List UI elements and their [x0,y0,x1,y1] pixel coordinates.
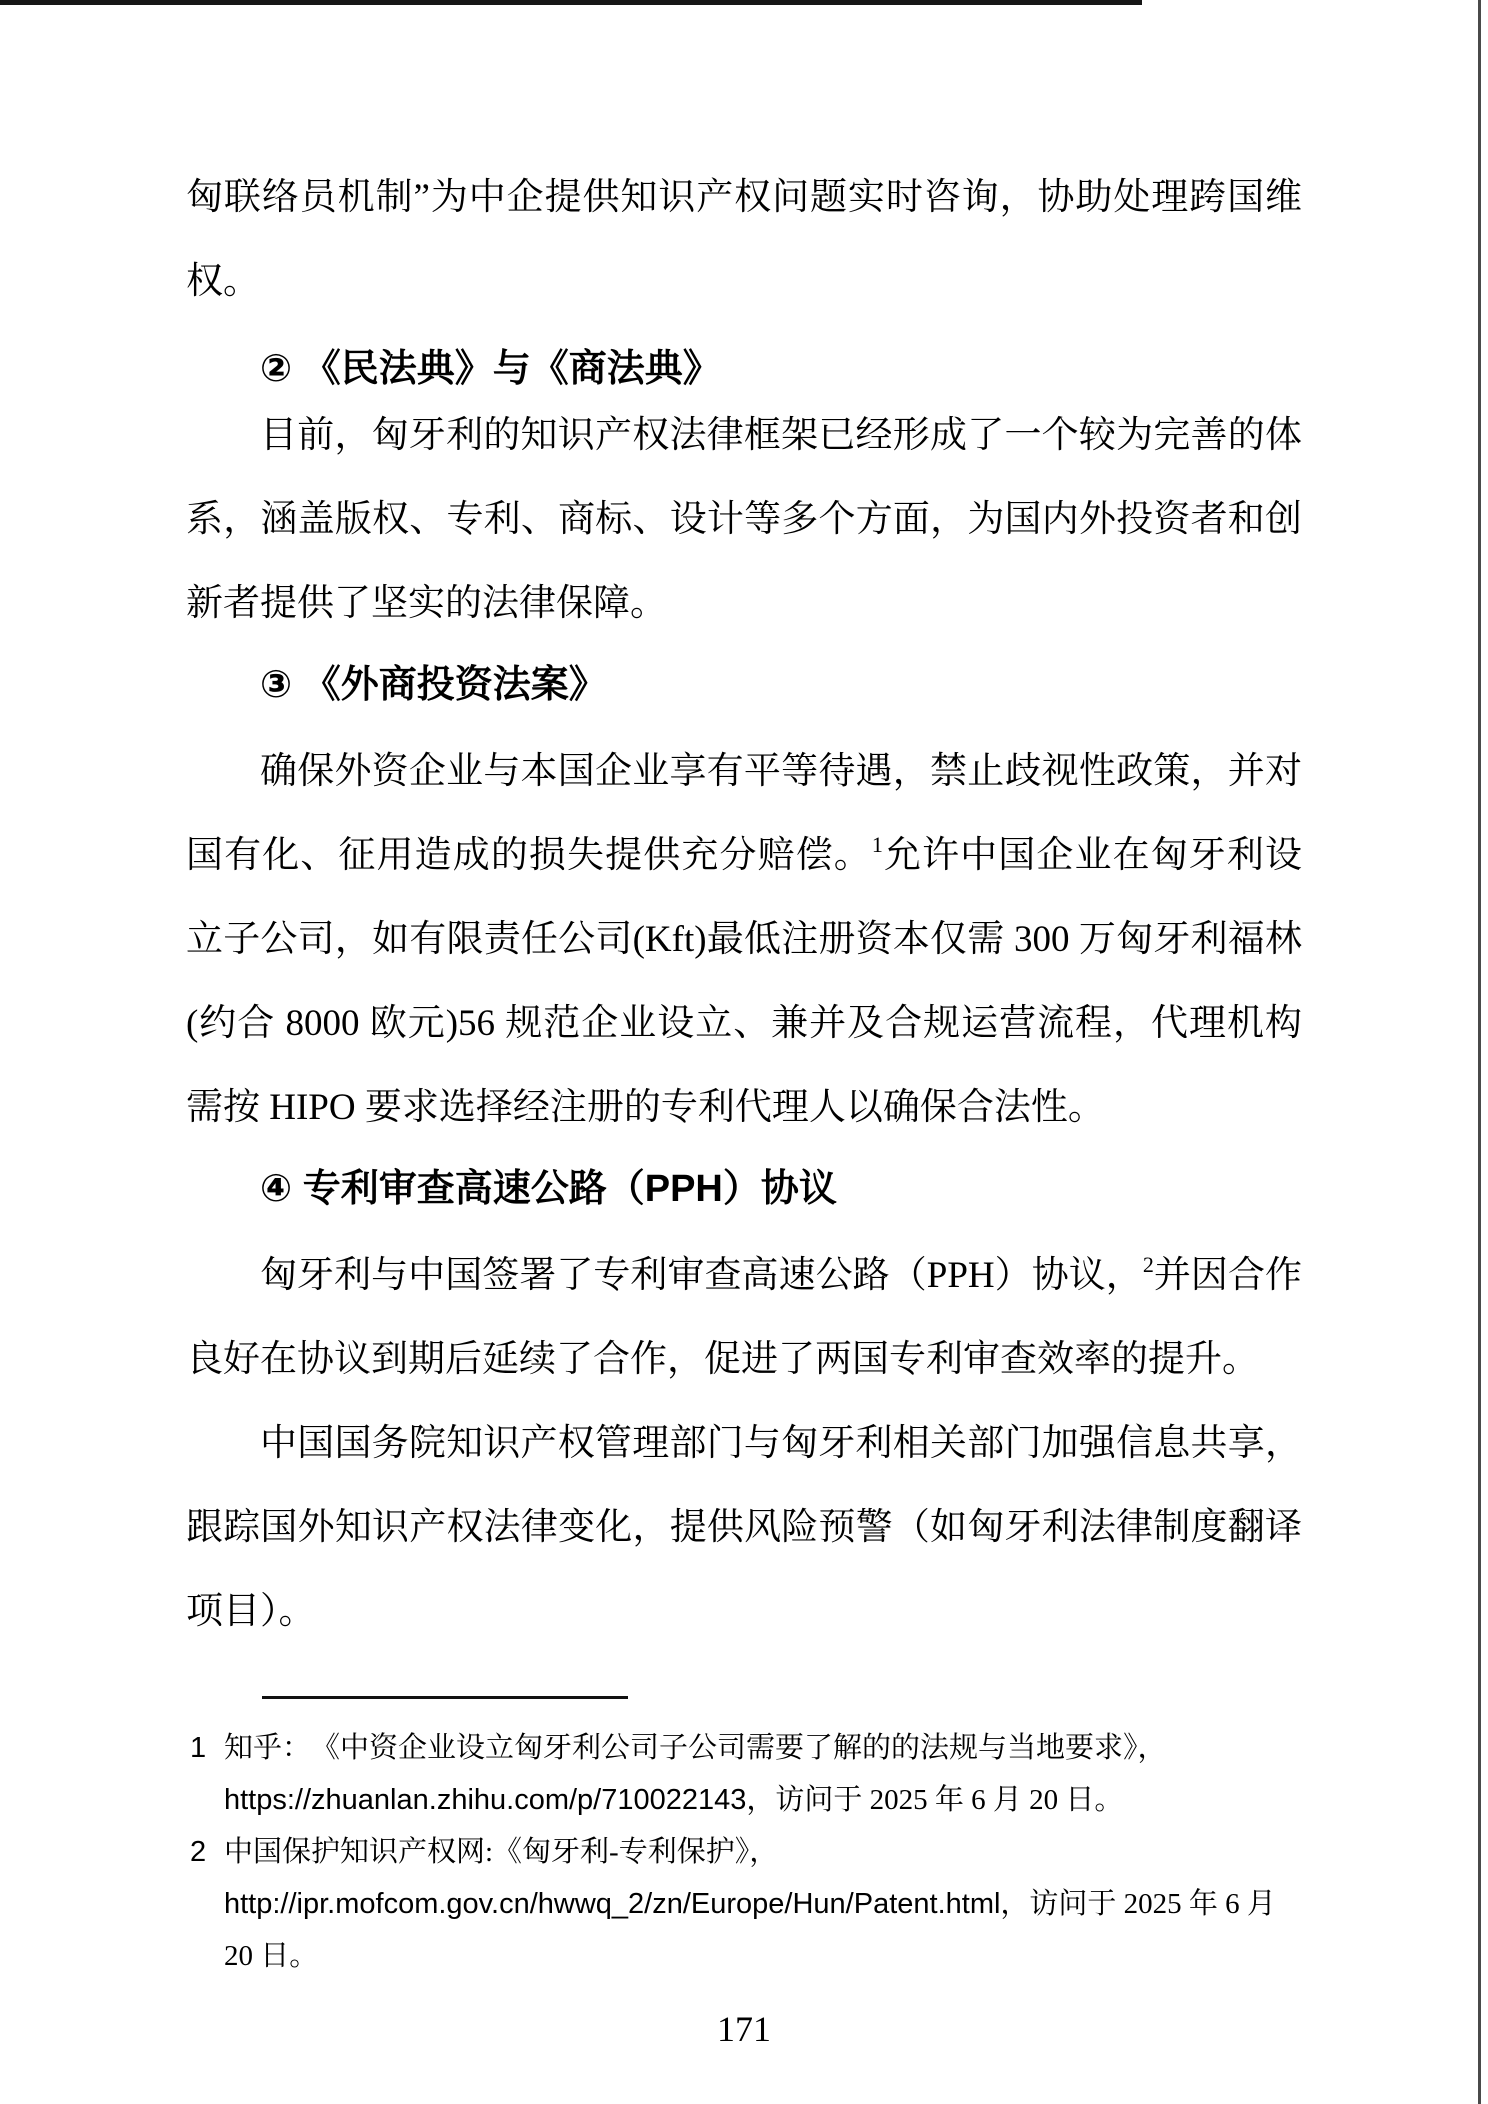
heading-foreign-investment-act: ③ 《外商投资法案》 [186,660,1302,710]
text-run: ，访问于 2025 年 6 月 20 日。 [746,1784,1123,1816]
page-content: 匈联络员机制”为中企提供知识产权问题实时咨询，协助处理跨国维权。 ② 《民法典》… [186,156,1302,1654]
document-page: 匈联络员机制”为中企提供知识产权问题实时咨询，协助处理跨国维权。 ② 《民法典》… [0,0,1488,2104]
scan-edge-right [1478,0,1481,2104]
footnote-text: 中国保护知识产权网:《匈牙利-专利保护》，http://ipr.mofcom.g… [224,1836,1276,1972]
paragraph-foreign-investment: 确保外资企业与本国企业享有平等待遇，禁止歧视性政策，并对国有化、征用造成的损失提… [186,730,1302,1150]
footnote-text: 知乎： 《中资企业设立匈牙利公司子公司需要了解的的法规与当地要求》，https:… [224,1732,1167,1816]
footnote-marker: 2 [190,1826,206,1878]
text-run: 知乎： 《中资企业设立匈牙利公司子公司需要了解的的法规与当地要求》， [224,1732,1167,1764]
text-run: 中国保护知识产权网:《匈牙利-专利保护》， [224,1836,778,1868]
footnote-url: https://zhuanlan.zhihu.com/p/710022143 [224,1784,746,1816]
footnote-url: http://ipr.mofcom.gov.cn/hwwq_2/zn/Europ… [224,1888,1000,1920]
footnote-1: 1知乎： 《中资企业设立匈牙利公司子公司需要了解的的法规与当地要求》，https… [190,1722,1310,1826]
page-number: 171 [0,2008,1488,2050]
paragraph-pph: 匈牙利与中国签署了专利审查高速公路（PPH）协议，2并因合作良好在协议到期后延续… [186,1234,1302,1402]
footnote-ref-1: 1 [872,832,883,857]
scan-edge-top [0,0,1142,5]
heading-civil-commercial-code: ② 《民法典》与《商法典》 [186,344,1302,394]
footnote-marker: 1 [190,1722,206,1774]
heading-pph-agreement: ④ 专利审查高速公路（PPH）协议 [186,1164,1302,1214]
paragraph-continuation: 匈联络员机制”为中企提供知识产权问题实时咨询，协助处理跨国维权。 [186,156,1302,324]
text-run: 允许中国企业在匈牙利设立子公司，如有限责任公司(Kft)最低注册资本仅需 300… [186,835,1302,1128]
footnote-separator [262,1696,628,1699]
footnotes-section: 1知乎： 《中资企业设立匈牙利公司子公司需要了解的的法规与当地要求》，https… [190,1722,1310,1982]
paragraph-legal-framework: 目前，匈牙利的知识产权法律框架已经形成了一个较为完善的体系，涵盖版权、专利、商标… [186,394,1302,646]
paragraph-info-sharing: 中国国务院知识产权管理部门与匈牙利相关部门加强信息共享，跟踪国外知识产权法律变化… [186,1402,1302,1654]
footnote-2: 2中国保护知识产权网:《匈牙利-专利保护》，http://ipr.mofcom.… [190,1826,1310,1982]
text-run: 匈牙利与中国签署了专利审查高速公路（PPH）协议， [260,1255,1143,1296]
footnote-ref-2: 2 [1143,1252,1154,1277]
